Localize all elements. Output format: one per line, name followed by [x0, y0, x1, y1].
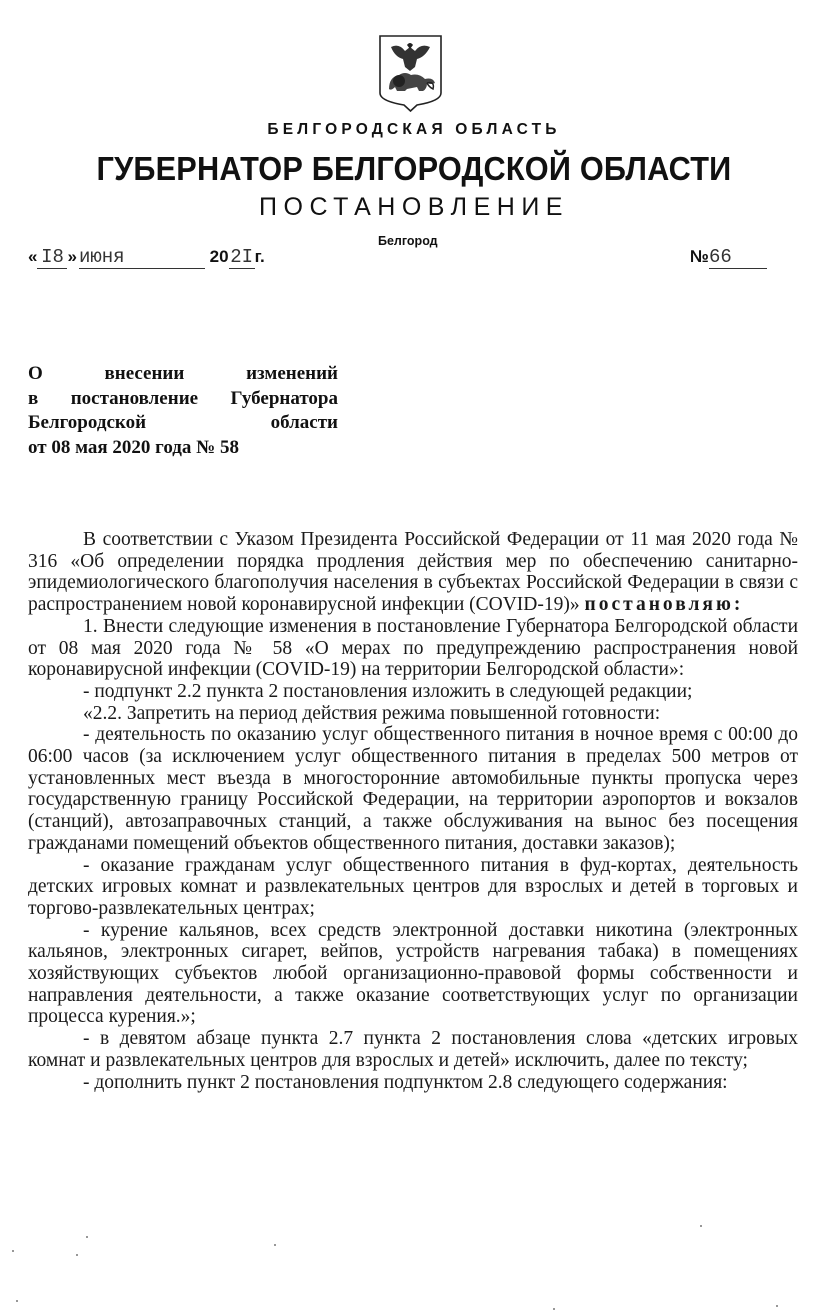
subject-word: О — [28, 363, 43, 384]
body-paragraph-7: - в девятом абзаце пункта 2.7 пункта 2 п… — [28, 1028, 798, 1071]
subject-line-3: Белгородской области — [28, 411, 338, 436]
body-paragraph-5: - оказание гражданам услуг общественного… — [28, 855, 798, 920]
scan-speck — [76, 1254, 78, 1256]
date-year-suffix: 2I — [229, 246, 255, 269]
body-paragraph-8: - дополнить пункт 2 постановления подпун… — [28, 1072, 798, 1094]
scan-speck — [700, 1225, 702, 1227]
document-page: БЕЛГОРОДСКАЯ ОБЛАСТЬ ГУБЕРНАТОР БЕЛГОРОД… — [0, 0, 828, 1316]
authority-heading: ГУБЕРНАТОР БЕЛГОРОДСКОЙ ОБЛАСТИ — [29, 150, 799, 188]
subject-word: области — [271, 412, 338, 433]
subject-line-2: в постановление Губернатора — [28, 387, 338, 412]
body-paragraph-2: - подпункт 2.2 пункта 2 постановления из… — [28, 681, 798, 703]
date-day: I8 — [37, 246, 67, 269]
subject-word: Губернатора — [231, 388, 338, 409]
subject-block: О внесении изменений в постановление Губ… — [28, 362, 338, 460]
date-month: июня — [79, 246, 205, 269]
region-heading: БЕЛГОРОДСКАЯ ОБЛАСТЬ — [0, 121, 828, 139]
resolve-word: постановляю: — [584, 594, 743, 615]
scan-speck — [553, 1308, 555, 1310]
body-paragraph-3: «2.2. Запретить на период действия режим… — [28, 703, 798, 725]
document-type-heading: ПОСТАНОВЛЕНИЕ — [0, 193, 828, 222]
scan-speck — [86, 1236, 88, 1238]
subject-word: внесении — [105, 363, 185, 384]
date-year-mark: г. — [255, 247, 265, 266]
subject-line-4: от 08 мая 2020 года № 58 — [28, 436, 338, 461]
subject-word: Белгородской — [28, 412, 146, 433]
body-paragraph-6: - курение кальянов, всех средств электро… — [28, 920, 798, 1029]
scan-speck — [16, 1300, 18, 1302]
subject-word: изменений — [246, 363, 338, 384]
scan-speck — [12, 1250, 14, 1252]
subject-line-1: О внесении изменений — [28, 362, 338, 387]
scan-speck — [776, 1305, 778, 1307]
body-paragraph-4: - деятельность по оказанию услуг обществ… — [28, 724, 798, 854]
number-label: № — [690, 247, 709, 266]
preamble-paragraph: В соответствии с Указом Президента Росси… — [28, 529, 798, 616]
city-label: Белгород — [378, 234, 438, 248]
number-value: 66 — [709, 246, 767, 269]
body-paragraph-1: 1. Внести следующие изменения в постанов… — [28, 616, 798, 681]
subject-word: постановление — [71, 388, 198, 409]
coat-of-arms-icon — [377, 33, 444, 113]
document-number: №66 — [690, 246, 767, 269]
date-close-quote: » — [67, 247, 76, 266]
document-date: «I8»июня 202Iг. — [28, 246, 265, 269]
date-year-prefix: 20 — [210, 247, 229, 266]
date-open-quote: « — [28, 247, 37, 266]
subject-word: в — [28, 388, 38, 409]
document-body: В соответствии с Указом Президента Росси… — [28, 529, 798, 1093]
scan-speck — [274, 1244, 276, 1246]
